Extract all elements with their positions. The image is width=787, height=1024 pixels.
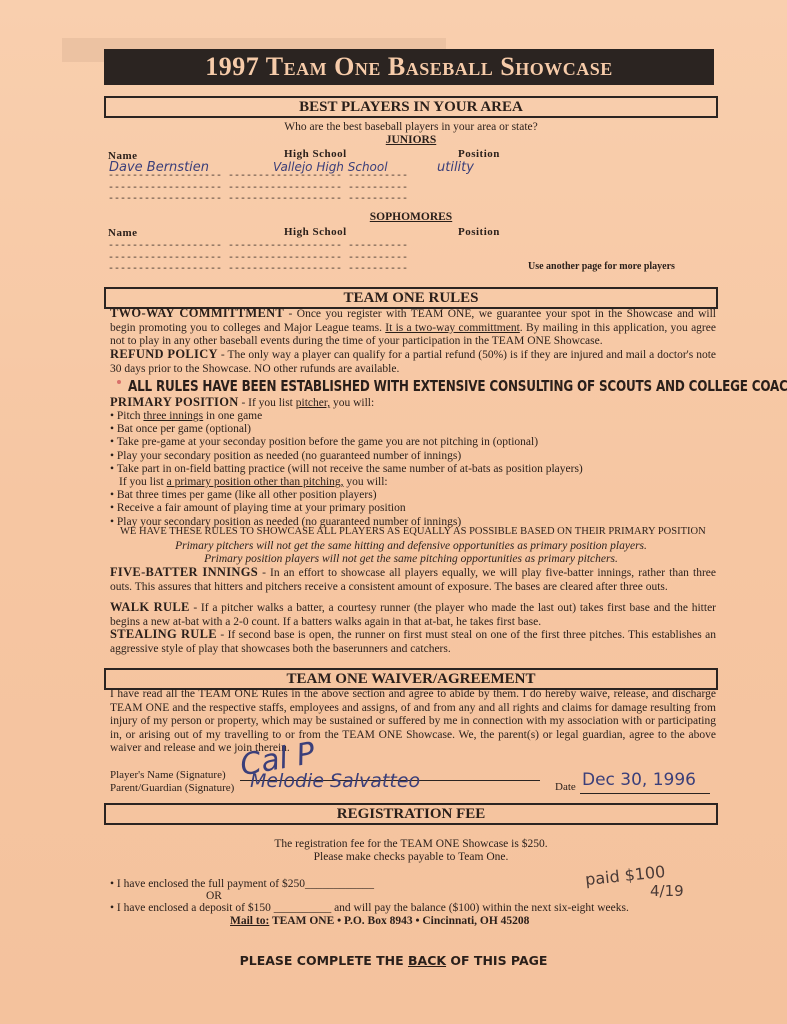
waiver-text: I have read all the TEAM ONE Rules in th… — [110, 688, 716, 756]
sophomore-3-line[interactable]: ------------------- ------------------- … — [108, 264, 408, 275]
player-signature-label: Player's Name (Signature) — [110, 769, 226, 782]
equal-showcase-note: WE HAVE THESE RULES TO SHOWCASE ALL PLAY… — [120, 525, 706, 538]
rule-label: WALK RULE — [110, 600, 190, 614]
rule-label: REFUND POLICY — [110, 347, 218, 361]
mail-to-line: Mail to: TEAM ONE • P.O. Box 8943 • Cinc… — [230, 915, 529, 928]
junior-1-line: ------------------- ------------------- … — [108, 171, 408, 182]
rule-label: STEALING RULE — [110, 627, 217, 641]
junior-1-position[interactable]: utility — [437, 160, 474, 175]
rule-text: - If you list — [239, 397, 296, 409]
date-value[interactable]: Dec 30, 1996 — [582, 770, 696, 790]
pitcher-bullet-list: • Pitch three innings in one game • Bat … — [110, 410, 583, 529]
sophomore-1-line[interactable]: ------------------- ------------------- … — [108, 241, 408, 252]
sophomores-col-name: Name — [108, 227, 138, 240]
juniors-label: JUNIORS — [104, 134, 718, 147]
bullet-item: • Play your secondary position as needed… — [110, 450, 583, 463]
section-heading-registration: REGISTRATION FEE — [104, 803, 718, 825]
document-title: 1997 Team One Baseball Showcase — [104, 49, 714, 85]
rule-label: FIVE-BATTER INNINGS — [110, 565, 258, 579]
junior-2-line[interactable]: ------------------- ------------------- … — [108, 183, 408, 194]
bullet-item: • Take pre-game at your seconday positio… — [110, 436, 583, 449]
section-heading-waiver: TEAM ONE WAIVER/AGREEMENT — [104, 668, 718, 690]
best-players-question: Who are the best baseball players in you… — [104, 121, 718, 134]
registration-fee-line: The registration fee for the TEAM ONE Sh… — [104, 838, 718, 851]
rule-refund-policy: REFUND POLICY - The only way a player ca… — [110, 348, 716, 376]
section-heading-best-players: BEST PLAYERS IN YOUR AREA — [104, 96, 718, 118]
rule-five-batter-innings: FIVE-BATTER INNINGS - In an effort to sh… — [110, 566, 716, 594]
rule-walk: WALK RULE - If a pitcher walks a batter,… — [110, 601, 716, 629]
rule-stealing: STEALING RULE - If second base is open, … — [110, 628, 716, 656]
sophomores-label: SOPHOMORES — [104, 211, 718, 224]
footer-text: OF THIS PAGE — [446, 953, 547, 968]
bullet-item: • Pitch three innings in one game — [110, 410, 583, 423]
rules-banner: ALL RULES HAVE BEEN ESTABLISHED WITH EXT… — [128, 377, 787, 395]
more-players-note: Use another page for more players — [528, 260, 675, 273]
paid-date-note: 4/19 — [650, 882, 684, 900]
junior-3-line[interactable]: ------------------- ------------------- … — [108, 194, 408, 205]
rule-label: PRIMARY POSITION — [110, 395, 239, 409]
bullet-item: • Bat once per game (optional) — [110, 423, 583, 436]
rule-underlined-text: pitcher, — [296, 397, 330, 409]
date-line[interactable] — [580, 793, 710, 794]
footer-text: PLEASE COMPLETE THE — [240, 953, 408, 968]
rule-primary-position-intro: PRIMARY POSITION - If you list pitcher, … — [110, 396, 716, 411]
date-label: Date — [555, 781, 576, 794]
form-page: 1997 Team One Baseball Showcase BEST PLA… — [0, 0, 787, 1024]
mail-address: TEAM ONE • P.O. Box 8943 • Cincinnati, O… — [269, 915, 529, 927]
full-payment-option[interactable]: • I have enclosed the full payment of $2… — [110, 878, 374, 891]
complete-back-footer: PLEASE COMPLETE THE BACK OF THIS PAGE — [0, 953, 787, 968]
rule-text: you will: — [330, 397, 374, 409]
bullet-item: • Take part in on-field batting practice… — [110, 463, 583, 476]
parent-signature[interactable]: Melodie Salvatteo — [250, 770, 420, 792]
parent-signature-label: Parent/Guardian (Signature) — [110, 782, 234, 795]
sophomores-col-position: Position — [458, 226, 500, 239]
rule-underlined-text: It is a two-way committment — [385, 322, 520, 334]
position-italic-note: Primary position players will not get th… — [104, 553, 718, 565]
bullet-item: • Bat three times per game (like all oth… — [110, 489, 583, 502]
bullet-item: • Receive a fair amount of playing time … — [110, 502, 583, 515]
pitcher-italic-note: Primary pitchers will not get the same h… — [104, 540, 718, 552]
deposit-option[interactable]: • I have enclosed a deposit of $150 ____… — [110, 902, 629, 915]
rule-label: TWO-WAY COMMITTMENT — [110, 306, 284, 320]
sophomores-col-school: High School — [284, 226, 347, 239]
footer-underlined: BACK — [408, 953, 446, 968]
rule-two-way-commitment: TWO-WAY COMMITTMENT - Once you register … — [110, 307, 716, 349]
red-dot-mark — [117, 380, 121, 384]
registration-check-line: Please make checks payable to Team One. — [104, 851, 718, 864]
rule-text: - If a pitcher walks a batter, a courtes… — [110, 602, 716, 628]
mail-to-label: Mail to: — [230, 915, 269, 927]
other-position-intro: If you list a primary position other tha… — [110, 476, 583, 489]
sophomore-2-line[interactable]: ------------------- ------------------- … — [108, 253, 408, 264]
